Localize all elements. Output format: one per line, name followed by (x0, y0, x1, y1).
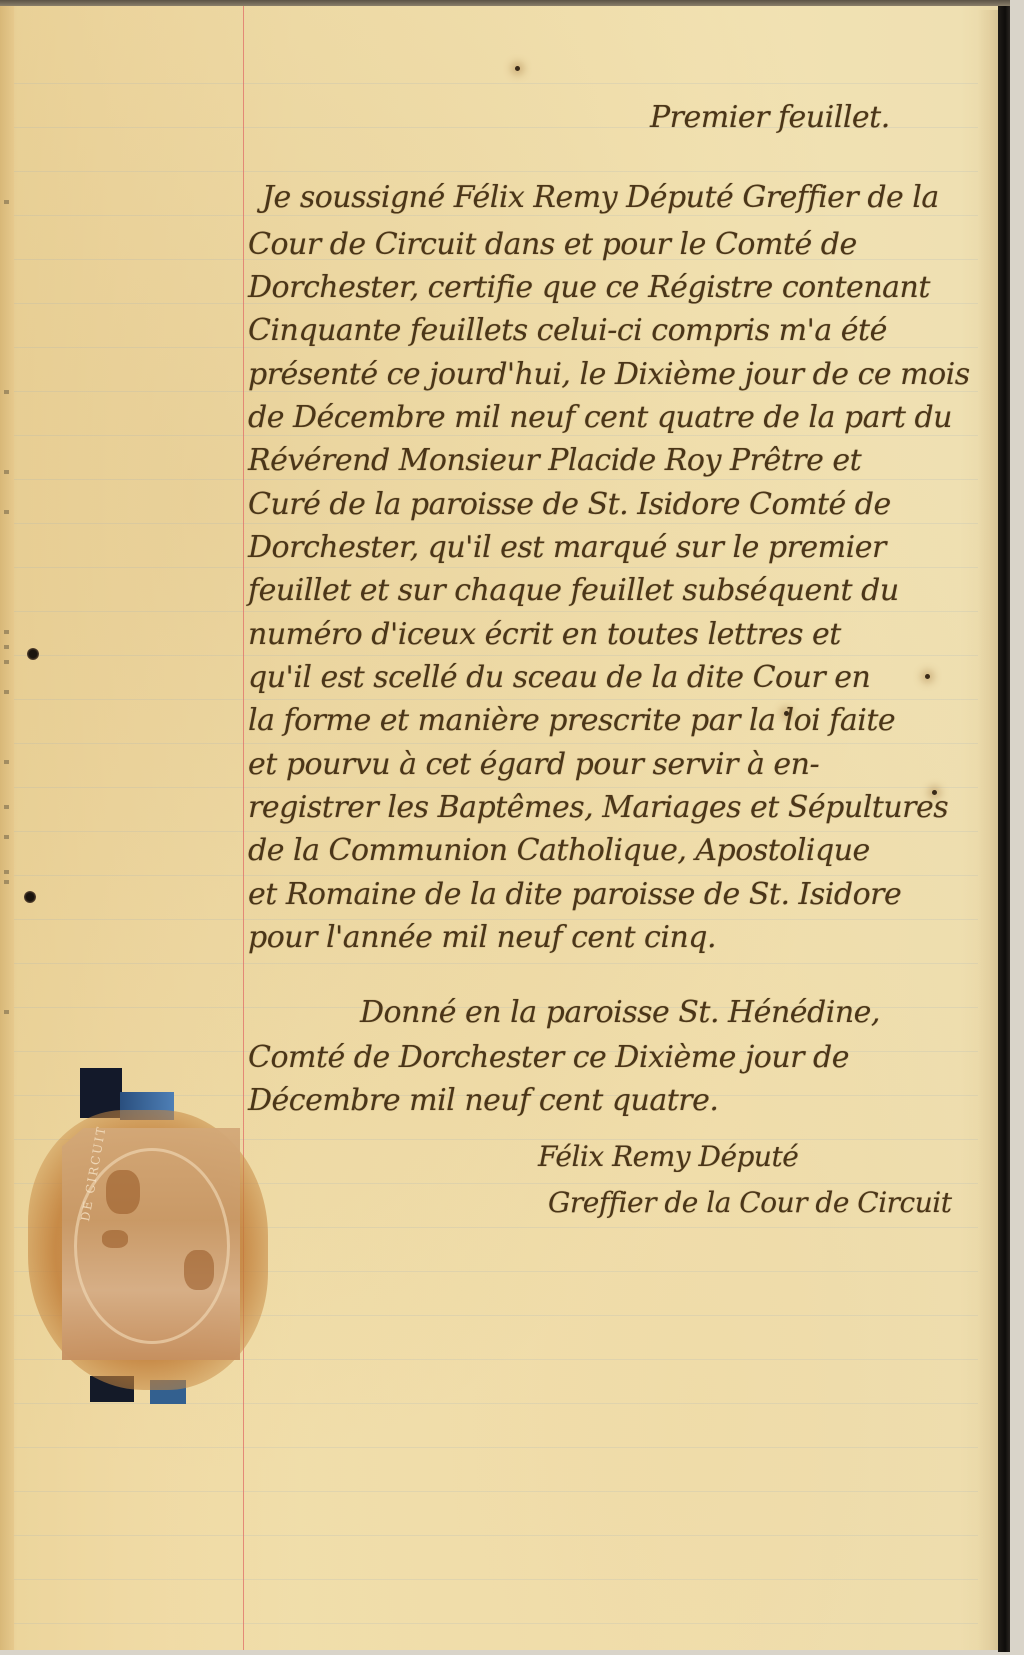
closing-line: Décembre mil neuf cent quatre. (248, 1083, 718, 1118)
top-page-edge (0, 0, 1010, 6)
body-line: Curé de la paroisse de St. Isidore Comté… (248, 487, 891, 522)
seal-blot (106, 1170, 140, 1214)
closing-line: Comté de Dorchester ce Dixième jour de (248, 1040, 849, 1075)
closing-line: Donné en la paroisse St. Hénédine, (360, 995, 880, 1030)
body-line: qu'il est scellé du sceau de la dite Cou… (248, 660, 870, 695)
page-header: Premier feuillet. (650, 100, 890, 135)
body-line: et Romaine de la dite paroisse de St. Is… (248, 877, 901, 912)
body-line: la forme et manière prescrite par la loi… (248, 703, 895, 738)
punch-hole-lower (24, 891, 36, 903)
body-line: Je soussigné Félix Remy Député Greffier … (262, 180, 939, 215)
signature-name: Félix Remy Député (538, 1140, 798, 1173)
body-line: Dorchester, certifie que ce Régistre con… (248, 270, 930, 305)
punch-hole-upper (27, 648, 39, 660)
body-line: numéro d'iceux écrit en toutes lettres e… (248, 617, 841, 652)
right-page-edge (978, 10, 999, 1650)
signature-title: Greffier de la Cour de Circuit (548, 1186, 951, 1219)
seal-blot (184, 1250, 214, 1290)
seal-blot (102, 1230, 128, 1248)
red-margin-line (243, 0, 244, 1650)
ink-speck (515, 66, 520, 71)
body-line: présenté ce jourd'hui, le Dixième jour d… (248, 357, 970, 392)
ink-speck (925, 674, 930, 679)
body-line: Dorchester, qu'il est marqué sur le prem… (248, 530, 886, 565)
body-line: Cour de Circuit dans et pour le Comté de (248, 227, 857, 262)
body-line: Révérend Monsieur Placide Roy Prêtre et (248, 443, 861, 478)
body-line: pour l'année mil neuf cent cinq. (248, 920, 716, 955)
left-edge-marks (2, 0, 12, 1650)
body-line: registrer les Baptêmes, Mariages et Sépu… (248, 790, 948, 825)
body-line: Cinquante feuillets celui-ci compris m'a… (248, 313, 887, 348)
body-line: feuillet et sur chaque feuillet subséque… (248, 573, 899, 608)
register-page: Premier feuillet. Je soussigné Félix Rem… (0, 0, 998, 1650)
body-line: de Décembre mil neuf cent quatre de la p… (248, 400, 952, 435)
book-binding (998, 6, 1010, 1652)
body-line: de la Communion Catholique, Apostolique (248, 833, 870, 868)
court-seal: DE CIRCUIT (28, 1130, 268, 1390)
body-line: et pourvu à cet égard pour servir à en- (248, 747, 819, 782)
